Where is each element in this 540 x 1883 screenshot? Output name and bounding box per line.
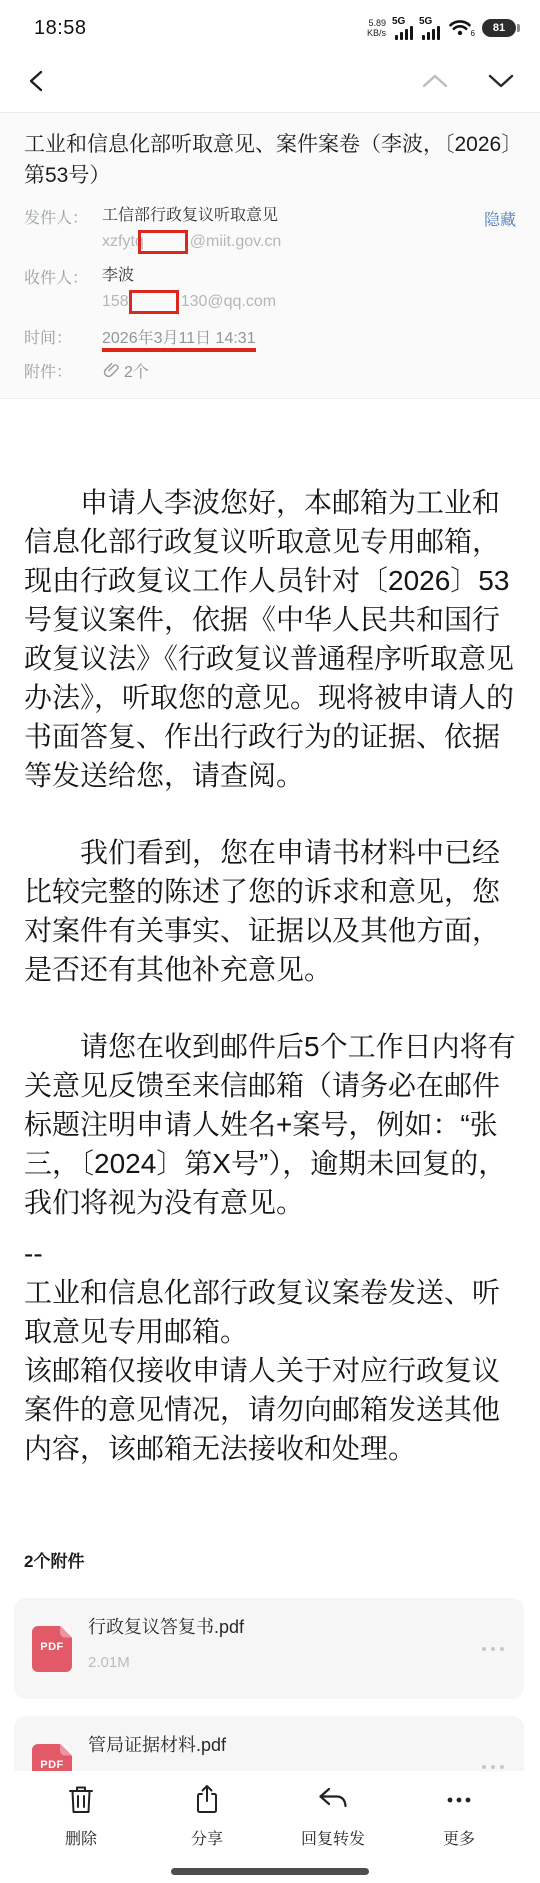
recipient-label: 收件人： [24, 265, 102, 314]
hide-details-link[interactable]: 隐藏 [484, 207, 516, 230]
network-speed-value: 5.89 [367, 18, 386, 28]
wifi-number: 6 [471, 29, 475, 38]
nav-bar [0, 50, 540, 113]
signature-dashes: -- [24, 1234, 516, 1273]
chevron-up-icon [422, 73, 448, 89]
signal-bars-sim1-icon: 5G [395, 17, 413, 40]
bottom-toolbar: 删除 分享 回复转发 更多 [0, 1771, 540, 1883]
time-label: 时间： [24, 325, 102, 348]
chevron-down-icon [488, 73, 514, 89]
attachment-row: 附件： 2个 [24, 359, 516, 382]
attachment-more-icon[interactable] [480, 1641, 506, 1657]
attachment-count: 2个 [124, 359, 149, 382]
sim1-network-type: 5G [392, 16, 405, 27]
sim2-network-type: 5G [419, 16, 432, 27]
body-paragraph: 我们看到，您在申请书材料中已经比较完整的陈述了您的诉求和意见，您对案件有关事实、… [24, 833, 516, 989]
share-button[interactable]: 分享 [167, 1783, 247, 1849]
reply-forward-button[interactable]: 回复转发 [293, 1783, 373, 1849]
chevron-left-icon [26, 69, 48, 93]
recipient-email-prefix: 158 [102, 290, 129, 314]
redaction-box [138, 230, 188, 254]
more-button[interactable]: 更多 [419, 1783, 499, 1849]
network-speed-unit: KB/s [367, 28, 386, 38]
signal-bars-sim2-icon: 5G [422, 17, 440, 40]
paperclip-icon [102, 361, 121, 380]
attachment-name: 行政复议答复书.pdf [88, 1615, 480, 1639]
back-button[interactable] [26, 69, 48, 93]
signature-line: 工业和信息化部行政复议案卷发送、听取意见专用邮箱。 [24, 1273, 516, 1351]
recipient-email[interactable]: 158130@qq.com [102, 290, 276, 314]
redaction-box [129, 290, 179, 314]
attachment-size: 2.01M [88, 1643, 480, 1682]
pdf-label: PDF [32, 1628, 72, 1667]
clock: 18:58 [34, 17, 87, 40]
recipient-name[interactable]: 李波 [102, 265, 276, 287]
recipient-email-suffix: 130@qq.com [181, 290, 276, 314]
delete-button[interactable]: 删除 [41, 1783, 121, 1849]
share-label: 分享 [191, 1826, 223, 1849]
delete-label: 删除 [65, 1826, 97, 1849]
time-row: 时间： 2026年3月11日 14:31 [24, 325, 516, 348]
battery-icon: 81 [482, 19, 520, 37]
home-indicator[interactable] [171, 1868, 369, 1875]
previous-mail-button[interactable] [422, 73, 448, 89]
signature-block: -- 工业和信息化部行政复议案卷发送、听取意见专用邮箱。 该邮箱仅接收申请人关于… [24, 1234, 516, 1468]
pdf-file-icon: PDF [32, 1626, 72, 1672]
body-paragraph: 请您在收到邮件后5个工作日内将有关意见反馈至来信邮箱（请务必在邮件标题注明申请人… [24, 1027, 516, 1222]
wifi-icon: 6 [449, 19, 473, 37]
mail-subject: 工业和信息化部听取意见、案件案卷（李波，〔2026〕第53号） [24, 129, 516, 191]
status-icons: 5.89 KB/s 5G 5G 6 81 [367, 17, 520, 40]
attachments-header: 2个附件 [0, 1542, 540, 1581]
reply-arrow-icon [315, 1783, 351, 1817]
battery-percent: 81 [482, 19, 516, 37]
sender-row: 发件人： 工信部行政复议听取意见 xzfytq@miit.gov.cn [24, 205, 516, 254]
ellipsis-icon [442, 1783, 476, 1817]
next-mail-button[interactable] [488, 73, 514, 89]
mail-header: 工业和信息化部听取意见、案件案卷（李波，〔2026〕第53号） 隐藏 发件人： … [0, 113, 540, 399]
attachment-name: 管局证据材料.pdf [88, 1733, 480, 1757]
signature-line: 该邮箱仅接收申请人关于对应行政复议案件的意见情况，请勿向邮箱发送其他内容，该邮箱… [24, 1351, 516, 1468]
mail-time: 2026年3月11日 14:31 [102, 330, 256, 352]
attachment-label: 附件： [24, 359, 102, 382]
more-label: 更多 [443, 1826, 475, 1849]
network-speed: 5.89 KB/s [367, 18, 386, 38]
share-icon [191, 1783, 223, 1817]
status-bar: 18:58 5.89 KB/s 5G 5G 6 [0, 0, 540, 50]
email-detail-screen: 18:58 5.89 KB/s 5G 5G 6 [0, 0, 540, 1883]
mail-body: 申请人李波您好，本邮箱为工业和信息化部行政复议听取意见专用邮箱，现由行政复议工作… [0, 399, 540, 1817]
sender-name[interactable]: 工信部行政复议听取意见 [102, 205, 281, 227]
body-paragraph: 申请人李波您好，本邮箱为工业和信息化部行政复议听取意见专用邮箱，现由行政复议工作… [24, 483, 516, 795]
trash-icon [65, 1783, 97, 1817]
sender-email[interactable]: xzfytq@miit.gov.cn [102, 230, 281, 254]
attachment-summary[interactable]: 2个 [102, 359, 149, 382]
sender-email-suffix: @miit.gov.cn [190, 230, 282, 254]
reply-forward-label: 回复转发 [301, 1826, 365, 1849]
attachment-item[interactable]: PDF 行政复议答复书.pdf 2.01M [14, 1598, 524, 1699]
recipient-row: 收件人： 李波 158130@qq.com [24, 265, 516, 314]
sender-label: 发件人： [24, 205, 102, 254]
